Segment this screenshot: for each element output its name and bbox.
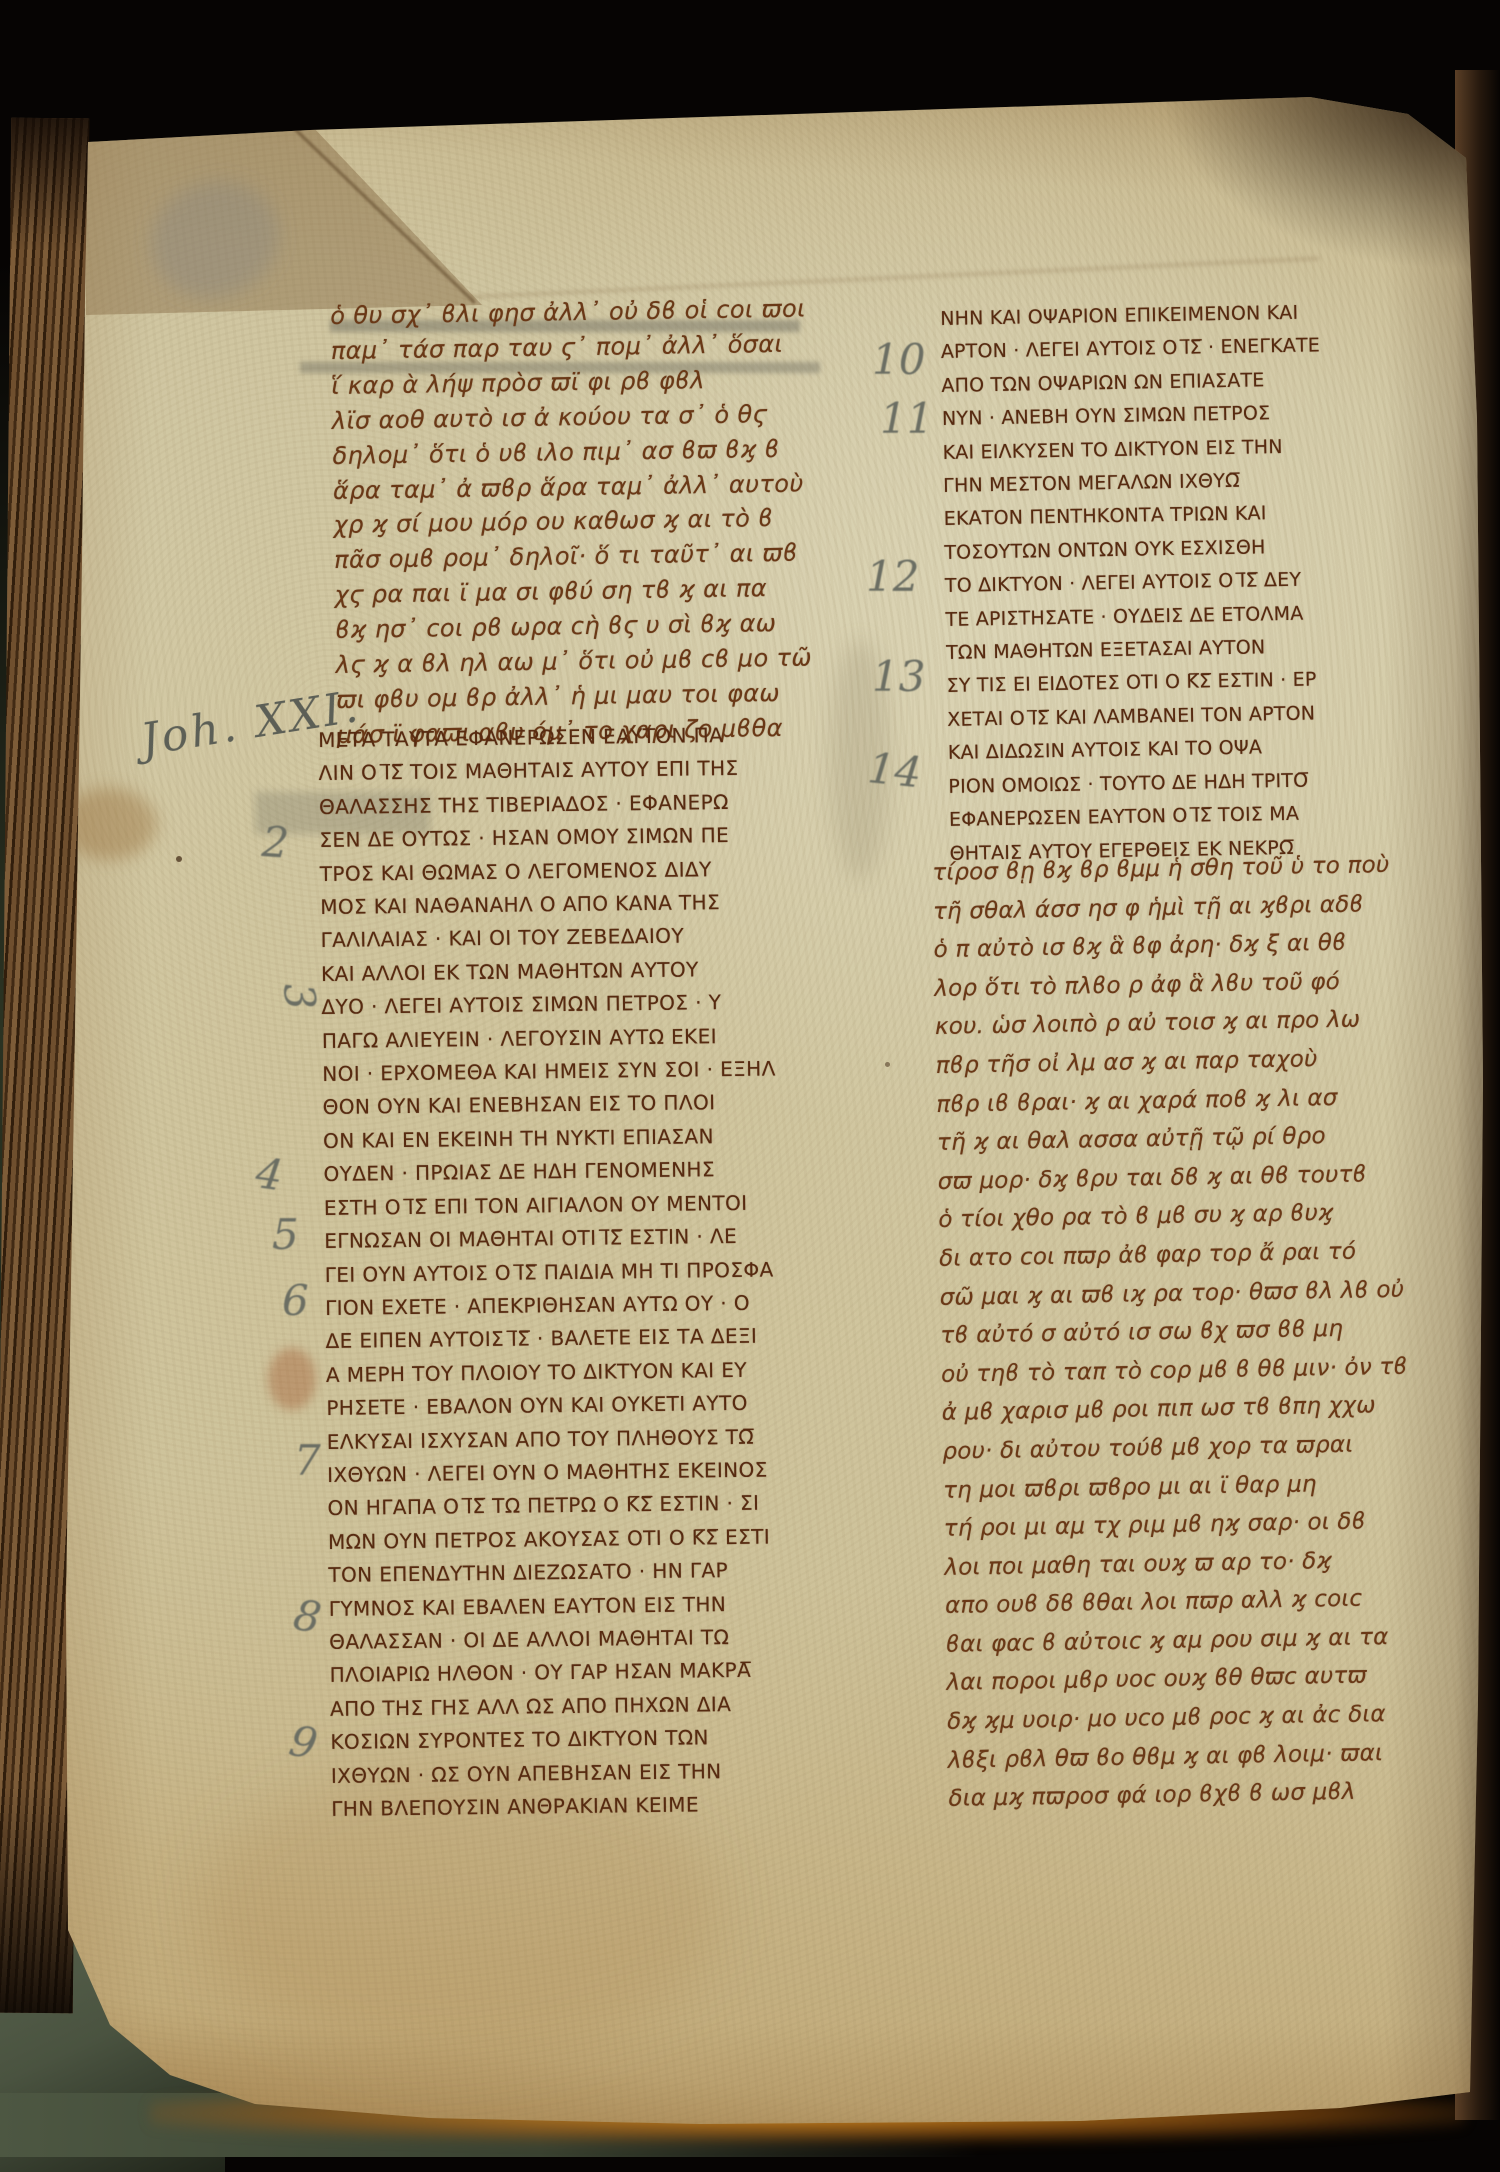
verse-number-pencil: 10 — [872, 335, 925, 384]
verse-number-pencil: 14 — [866, 743, 924, 797]
ink-spot — [885, 1062, 890, 1067]
text-line: ΓΥΜΝΟΣ ΚΑΙ ΕΒΑΛΕΝ ΕΑΥΤΟΝ ΕΙΣ ΤΗΝ — [329, 1587, 783, 1626]
text-line: ΕΚΑΤΟΝ ΠΕΝΤΗΚΟΝΤΑ ΤΡΙΩΝ ΚΑΙ — [943, 497, 1323, 537]
text-line: ΘΟΝ ΟΥΝ ΚΑΙ ΕΝΕΒΗΣΑΝ ΕΙΣ ΤΟ ΠΛΟΙ — [322, 1086, 776, 1125]
text-line: ΕΣΤΗ Ο Ι̅Σ̅ ΕΠΙ ΤΟΝ ΑΙΓΙΑΛΟΝ ΟΥ ΜΕΝΤΟΙ — [324, 1186, 778, 1225]
right-column-gospel-text: ΝΗΝ ΚΑΙ ΟΨΑΡΙΟΝ ΕΠΙΚΕΙΜΕΝΟΝ ΚΑΙΑΡΤΟΝ · Λ… — [940, 296, 1329, 870]
text-line: ΜΟΣ ΚΑΙ ΝΑΘΑΝΑΗΛ Ο ΑΠΟ ΚΑΝΑ ΤΗΣ — [320, 885, 774, 924]
left-column-commentary: ὁ θυ σχ᾽ ϐλι φησ ἀλλ᾽ οὐ δϐ οἱ ϲοι ϖοιπα… — [330, 292, 813, 753]
text-line: ΑΠΟ ΤΗΣ ΓΗΣ ΑΛΛ ΩΣ ΑΠΟ ΠΗΧΩΝ ΔΙΑ — [330, 1687, 784, 1726]
text-line: ΜΩΝ ΟΥΝ ΠΕΤΡΟΣ ΑΚΟΥΣΑΣ ΟΤΙ Ο Κ̅Σ̅ ΕΣΤΙ — [328, 1520, 782, 1559]
verse-number-pencil: 5 — [272, 1210, 299, 1259]
text-line: ΟΝ ΚΑΙ ΕΝ ΕΚΕΙΝΗ ΤΗ ΝΥΚΤΙ ΕΠΙΑΣΑΝ — [323, 1119, 777, 1158]
text-line: ΠΛΟΙΑΡΙΩ ΗΛΘΟΝ · ΟΥ ΓΑΡ ΗΣΑΝ ΜΑΚΡΑ̅ — [329, 1654, 783, 1693]
verse-number-pencil: 11 — [880, 394, 933, 443]
fold-crease — [294, 128, 476, 304]
text-line: ΓΗΝ ΒΛΕΠΟΥΣΙΝ ΑΝΘΡΑΚΙΑΝ ΚΕΙΜΕ — [331, 1787, 785, 1826]
top-curl-shadow — [470, 257, 1319, 298]
blue-ink-ghost — [134, 163, 295, 316]
manuscript-photo: ὁ θυ σχ᾽ ϐλι φησ ἀλλ᾽ οὐ δϐ οἱ ϲοι ϖοιπα… — [0, 0, 1500, 2172]
text-line: κου. ὡσ λοιπὸ ρ αὐ τοισ ϗ αι προ λω — [935, 1000, 1402, 1047]
text-line: ΡΗΣΕΤΕ · ΕΒΑΛΟΝ ΟΥΝ ΚΑΙ ΟΥΚΕΤΙ ΑΥΤΟ — [326, 1387, 780, 1426]
text-line: ΣΕΝ ΔΕ ΟΥΤΩΣ · ΗΣΑΝ ΟΜΟΥ ΣΙΜΩΝ ΠΕ — [319, 819, 773, 858]
text-line: ΛΙΝ Ο Ι̅Σ̅ ΤΟΙΣ ΜΑΘΗΤΑΙΣ ΑΥΤΟΥ ΕΠΙ ΤΗΣ — [318, 752, 772, 791]
text-line: ΙΧΘΥΩΝ · ΛΕΓΕΙ ΟΥΝ Ο ΜΑΘΗΤΗΣ ΕΚΕΙΝΟΣ — [327, 1453, 781, 1492]
text-line: ΔΥΟ · ΛΕΓΕΙ ΑΥΤΟΙΣ ΣΙΜΩΝ ΠΕΤΡΟΣ · Υ — [321, 986, 775, 1025]
stain — [268, 1348, 316, 1410]
ink-spot — [176, 856, 182, 862]
text-line: ΠΑΓΩ ΑΛΙΕΥΕΙΝ · ΛΕΓΟΥΣΙΝ ΑΥΤΩ ΕΚΕΙ — [322, 1019, 776, 1058]
text-line: ΤΟΝ ΕΠΕΝΔΥΤΗΝ ΔΙΕΖΩΣΑΤΟ · ΗΝ ΓΑΡ — [328, 1554, 782, 1593]
verse-number-pencil: 4 — [253, 1148, 286, 1200]
text-line: Α ΜΕΡΗ ΤΟΥ ΠΛΟΙΟΥ ΤΟ ΔΙΚΤΥΟΝ ΚΑΙ ΕΥ — [326, 1353, 780, 1392]
verse-number-pencil: 9 — [285, 1716, 321, 1769]
text-line: ΟΝ ΗΓΑΠΑ Ο Ι̅Σ̅ ΤΩ ΠΕΤΡΩ Ο Κ̅Σ̅ ΕΣΤΙΝ · … — [327, 1487, 781, 1526]
left-column-gospel-text: ΜΕΤΑ ΤΑΥΤΑ ΕΦΑΝΕΡΩΣΕΝ ΕΑΥΤΟΝ ΠΑΛΙΝ Ο Ι̅Σ… — [318, 718, 785, 1826]
text-line: ΓΙΟΝ ΕΧΕΤΕ · ΑΠΕΚΡΙΘΗΣΑΝ ΑΥΤΩ ΟΥ · Ο — [325, 1286, 779, 1325]
text-line: ΚΑΙ ΑΛΛΟΙ ΕΚ ΤΩΝ ΜΑΘΗΤΩΝ ΑΥΤΟΥ — [321, 952, 775, 991]
text-line: ΝΟΙ · ΕΡΧΟΜΕΘΑ ΚΑΙ ΗΜΕΙΣ ΣΥΝ ΣΟΙ · ΕΞΗΛ — [322, 1052, 776, 1091]
text-line: ΙΧΘΥΩΝ · ΩΣ ΟΥΝ ΑΠΕΒΗΣΑΝ ΕΙΣ ΤΗΝ — [331, 1754, 785, 1793]
text-line: ΔΕ ΕΙΠΕΝ ΑΥΤΟΙΣ Ι̅Σ̅ · ΒΑΛΕΤΕ ΕΙΣ ΤΑ ΔΕΞ… — [325, 1320, 779, 1359]
manuscript-page[interactable]: ὁ θυ σχ᾽ ϐλι φησ ἀλλ᾽ οὐ δϐ οἱ ϲοι ϖοιπα… — [0, 0, 1500, 2172]
verse-number-pencil: 2 — [260, 817, 290, 868]
text-line: ΚΑΙ ΕΙΛΚΥΣΕΝ ΤΟ ΔΙΚΤΥΟΝ ΕΙΣ ΤΗΝ — [942, 430, 1322, 470]
text-line: ΧΕΤΑΙ Ο Ι̅Σ̅ ΚΑΙ ΛΑΜΒΑΝΕΙ ΤΟΝ ΑΡΤΟΝ — [947, 697, 1327, 737]
text-line: ρου· δι αὐτου τούϐ μϐ χορ τα ϖραι — [942, 1425, 1409, 1472]
text-line: ΓΑΛΙΛΑΙΑΣ · ΚΑΙ ΟΙ ΤΟΥ ΖΕΒΕΔΑΙΟΥ — [320, 919, 774, 958]
text-line: δια μϗ πϖροσ φά ιορ ϐχϐ ϐ ωσ μϐλ — [948, 1772, 1415, 1819]
text-line: ΜΕΤΑ ΤΑΥΤΑ ΕΦΑΝΕΡΩΣΕΝ ΕΑΥΤΟΝ ΠΑ — [318, 718, 772, 757]
verse-number-pencil: 6 — [282, 1276, 309, 1325]
right-column-commentary: τίροσ ϐῃ ϐϗ ϐρ ϐμμ ἡ σθη τοῦ ὑ το ποὺτῆ … — [932, 846, 1416, 1819]
text-line: ΘΑΛΑΣΣΑΝ · ΟΙ ΔΕ ΑΛΛΟΙ ΜΑΘΗΤΑΙ ΤΩ — [329, 1620, 783, 1659]
text-line: ΤΡΟΣ ΚΑΙ ΘΩΜΑΣ Ο ΛΕΓΟΜΕΝΟΣ ΔΙΔΥ — [320, 852, 774, 891]
text-line: ΕΛΚΥΣΑΙ ΙΣΧΥΣΑΝ ΑΠΟ ΤΟΥ ΠΛΗΘΟΥΣ ΤΩ̅ — [327, 1420, 781, 1459]
verse-number-pencil: 7 — [294, 1436, 321, 1485]
verse-number-pencil: 8 — [290, 1590, 325, 1643]
text-line: ΚΟΣΙΩΝ ΣΥΡΟΝΤΕΣ ΤΟ ΔΙΚΤΥΟΝ ΤΩΝ — [330, 1721, 784, 1760]
text-line: ΕΓΝΩΣΑΝ ΟΙ ΜΑΘΗΤΑΙ ΟΤΙ Ι̅Σ̅ ΕΣΤΙΝ · ΛΕ — [324, 1220, 778, 1259]
verse-number-pencil: 3 — [274, 981, 325, 1012]
text-line: τή ροι μι αμ τχ ριμ μϐ ηϗ σαρ· οι δϐ — [943, 1502, 1410, 1549]
text-line: ΤΕ ΑΡΙΣΤΗΣΑΤΕ · ΟΥΔΕΙΣ ΔΕ ΕΤΟΛΜΑ — [945, 597, 1325, 637]
verse-number-pencil: 13 — [872, 652, 925, 701]
text-line: ΟΥΔΕΝ · ΠΡΩΙΑΣ ΔΕ ΗΔΗ ΓΕΝΟΜΕΝΗΣ — [323, 1153, 777, 1192]
text-line: ΓΕΙ ΟΥΝ ΑΥΤΟΙΣ Ο Ι̅Σ̅ ΠΑΙΔΙΑ ΜΗ ΤΙ ΠΡΟΣΦ… — [325, 1253, 779, 1292]
verse-number-pencil: 12 — [866, 552, 919, 601]
text-line: παμ᾽ τάσ παρ ταυ ϛ᾽ πομ᾽ ἀλλ᾽ ὅσαι — [331, 326, 808, 368]
text-line: ΘΑΛΑΣΣΗΣ ΤΗΣ ΤΙΒΕΡΙΑΔΟΣ · ΕΦΑΝΕΡΩ — [319, 785, 773, 824]
